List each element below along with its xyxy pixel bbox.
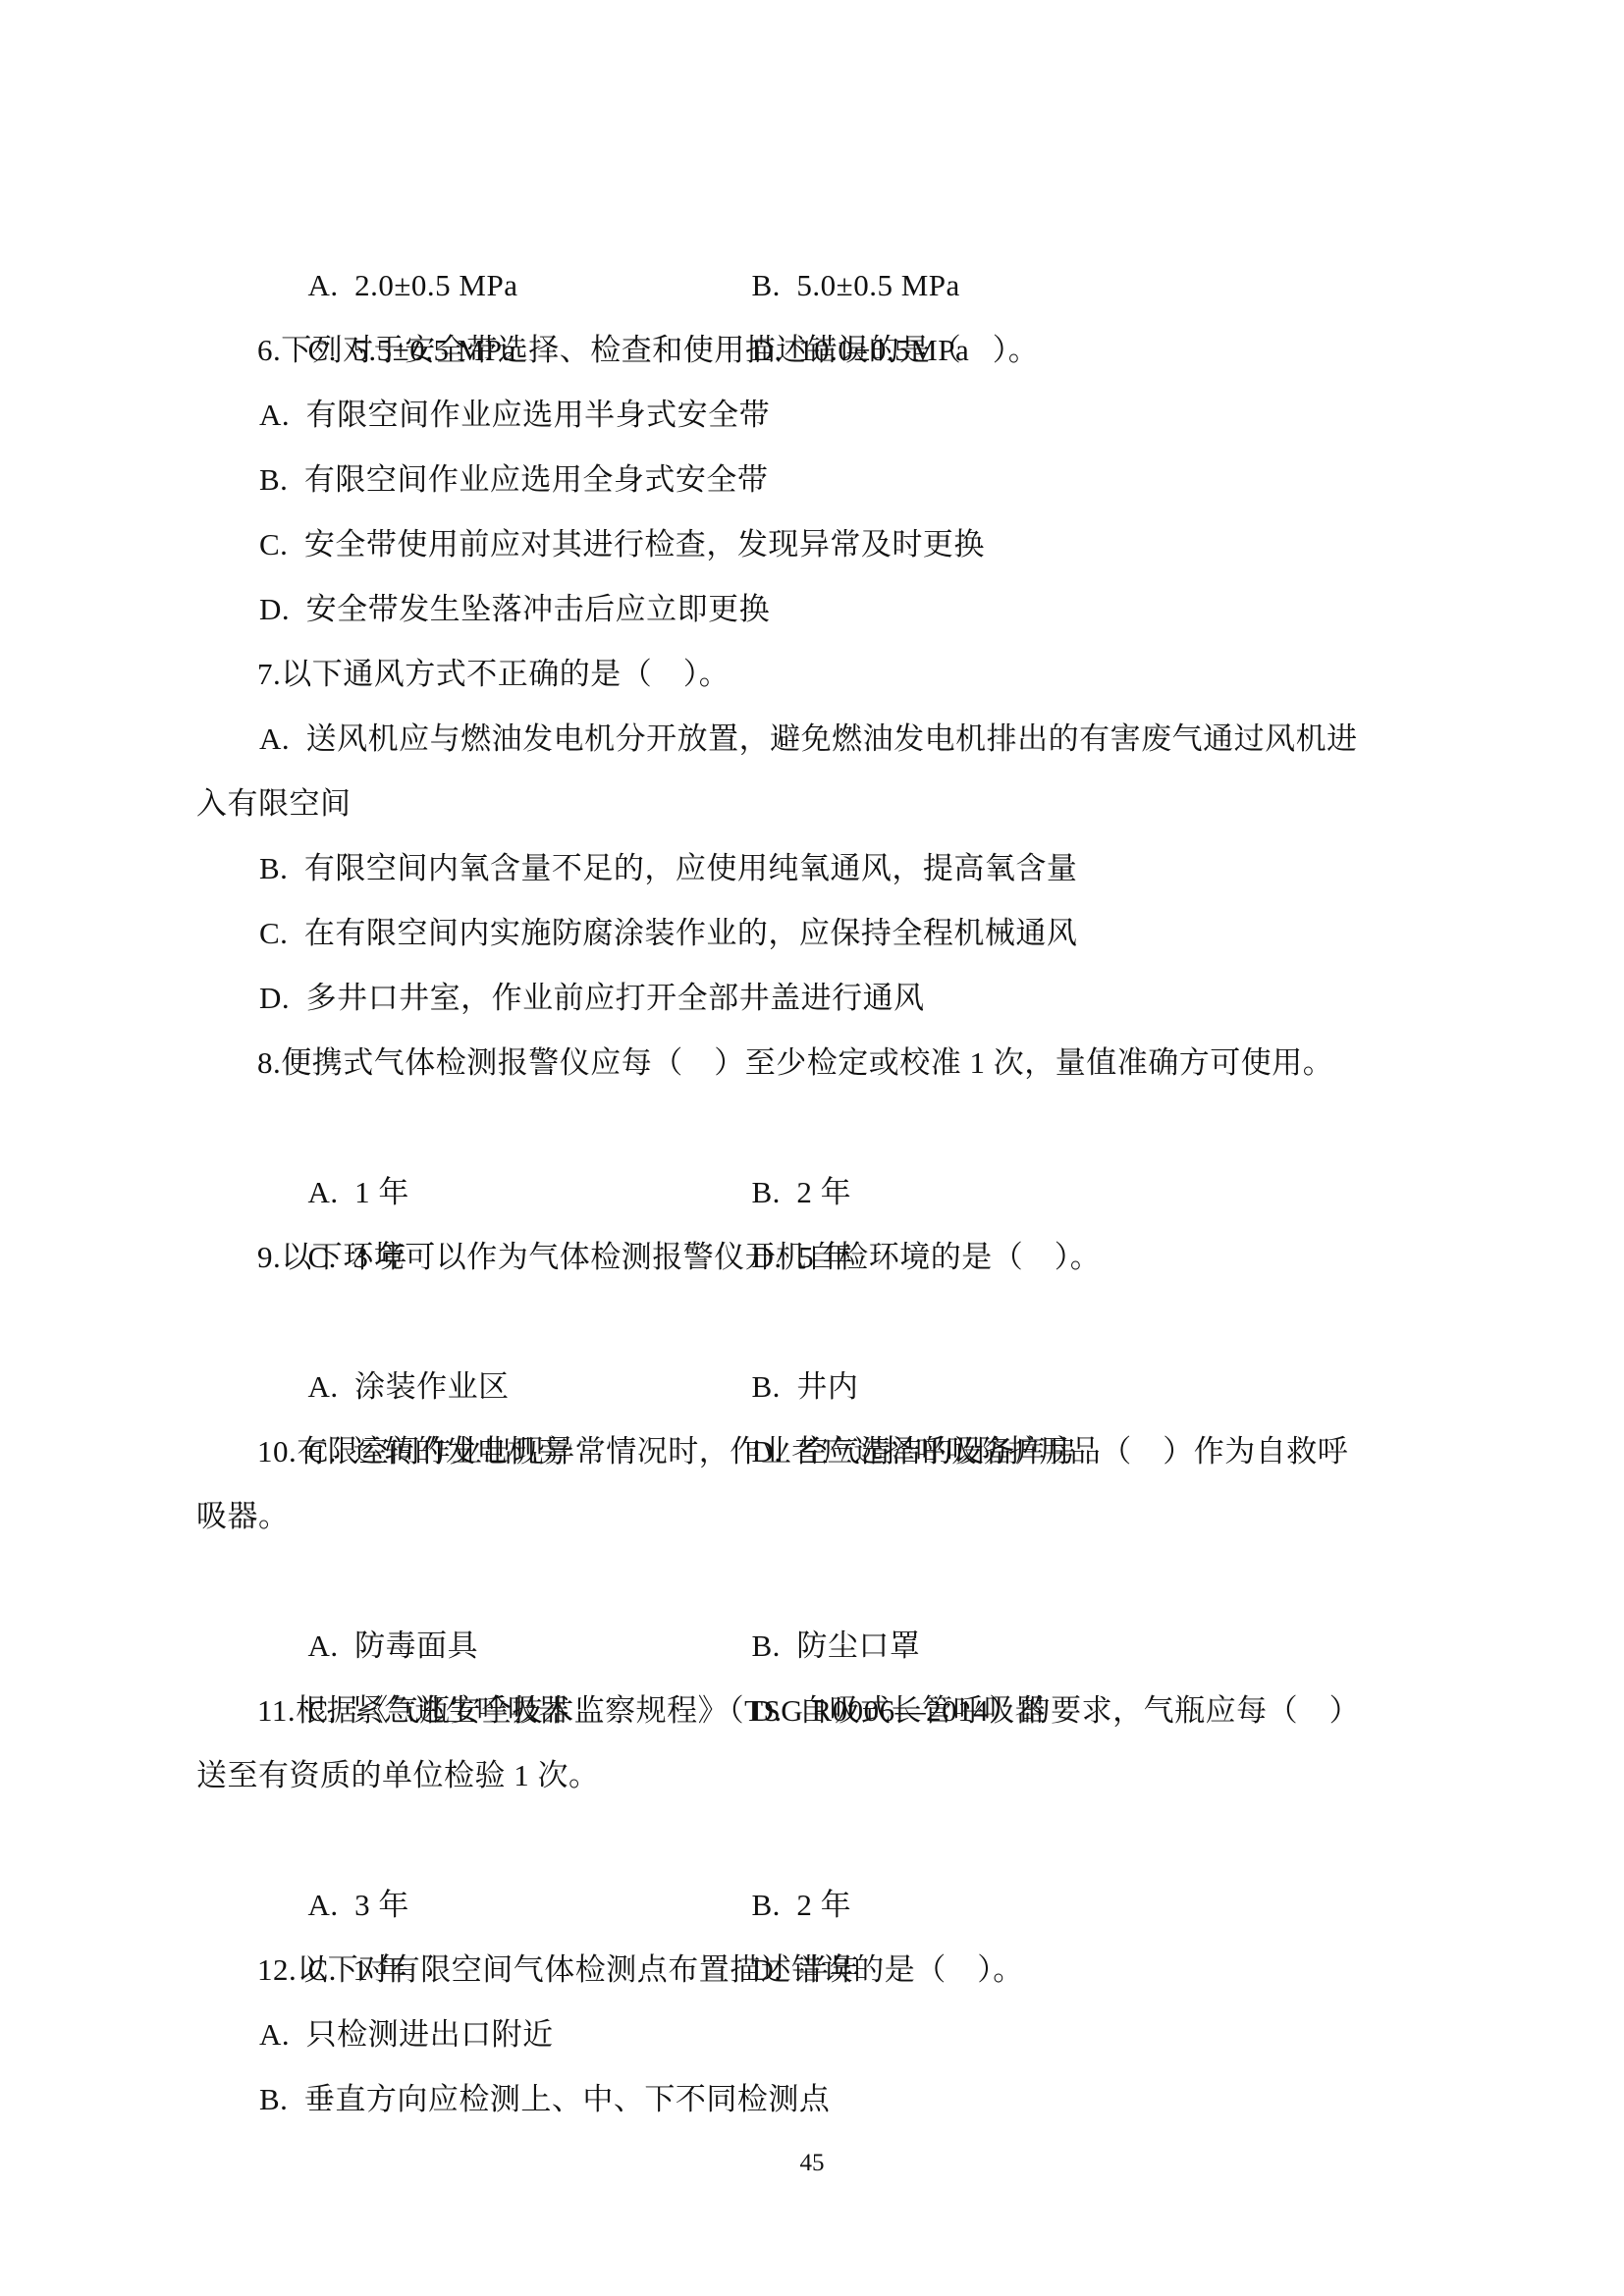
question-stem: 12.以下对有限空间气体检测点布置描述错误的是（ ）。 (196, 1938, 1428, 2002)
question-stem: 10.有限空间作业出现异常情况时，作业者应选择呼吸防护用品（ ）作为自救呼 (196, 1419, 1428, 1484)
option-line: B. 垂直方向应检测上、中、下不同检测点 (196, 2067, 1428, 2132)
question-stem: 7.以下通风方式不正确的是（ ）。 (196, 642, 1428, 707)
option-line: A. 送风机应与燃油发电机分开放置，避免燃油发电机排出的有害废气通过风机进 (196, 707, 1428, 772)
option-line-continuation: 入有限空间 (196, 772, 1428, 836)
question-stem-continuation: 送至有资质的单位检验 1 次。 (196, 1743, 1428, 1808)
option-b: B. 井内 (752, 1355, 859, 1419)
option-row: A. 1 年B. 2 年 (196, 1095, 1428, 1160)
option-line: B. 有限空间内氧含量不足的，应使用纯氧通风，提高氧含量 (196, 836, 1428, 901)
option-row: A. 防毒面具B. 防尘口罩 (196, 1549, 1428, 1614)
option-a: A. 2.0±0.5 MPa (308, 253, 752, 318)
question-stem: 8.便携式气体检测报警仪应每（ ）至少检定或校准 1 次，量值准确方可使用。 (196, 1031, 1428, 1095)
option-a: A. 涂装作业区 (308, 1355, 752, 1419)
option-b: B. 防尘口罩 (752, 1614, 921, 1679)
question-stem: 9.以下环境可以作为气体检测报警仪开机自检环境的是（ ）。 (196, 1225, 1428, 1290)
option-line: A. 只检测进出口附近 (196, 2002, 1428, 2067)
page-number: 45 (0, 2148, 1624, 2179)
option-line: B. 有限空间作业应选用全身式安全带 (196, 448, 1428, 512)
question-stem: 11.根据《气瓶安全技术监察规程》（TSG R0006—2014）的要求，气瓶应… (196, 1679, 1428, 1743)
option-line: C. 在有限空间内实施防腐涂装作业的，应保持全程机械通风 (196, 901, 1428, 966)
option-row: A. 3 年B. 2 年 (196, 1808, 1428, 1873)
option-row: A. 2.0±0.5 MPaB. 5.0±0.5 MPa (196, 188, 1428, 253)
question-stem-continuation: 吸器。 (196, 1484, 1428, 1549)
question-stem: 6.下列对于安全带选择、检查和使用描述错误的是（ ）。 (196, 318, 1428, 383)
option-row: A. 涂装作业区B. 井内 (196, 1290, 1428, 1355)
option-a: A. 1 年 (308, 1160, 752, 1225)
option-line: D. 多井口井室，作业前应打开全部井盖进行通风 (196, 966, 1428, 1031)
option-b: B. 2 年 (752, 1873, 852, 1938)
document-page: A. 2.0±0.5 MPaB. 5.0±0.5 MPa C. 5.5±0.5 … (0, 0, 1624, 2296)
page-content: A. 2.0±0.5 MPaB. 5.0±0.5 MPa C. 5.5±0.5 … (196, 188, 1428, 2132)
option-b: B. 5.0±0.5 MPa (752, 253, 960, 318)
option-a: A. 防毒面具 (308, 1614, 752, 1679)
option-a: A. 3 年 (308, 1873, 752, 1938)
option-line: D. 安全带发生坠落冲击后应立即更换 (196, 577, 1428, 642)
option-line: A. 有限空间作业应选用半身式安全带 (196, 383, 1428, 448)
option-line: C. 安全带使用前应对其进行检查，发现异常及时更换 (196, 512, 1428, 577)
option-b: B. 2 年 (752, 1160, 852, 1225)
